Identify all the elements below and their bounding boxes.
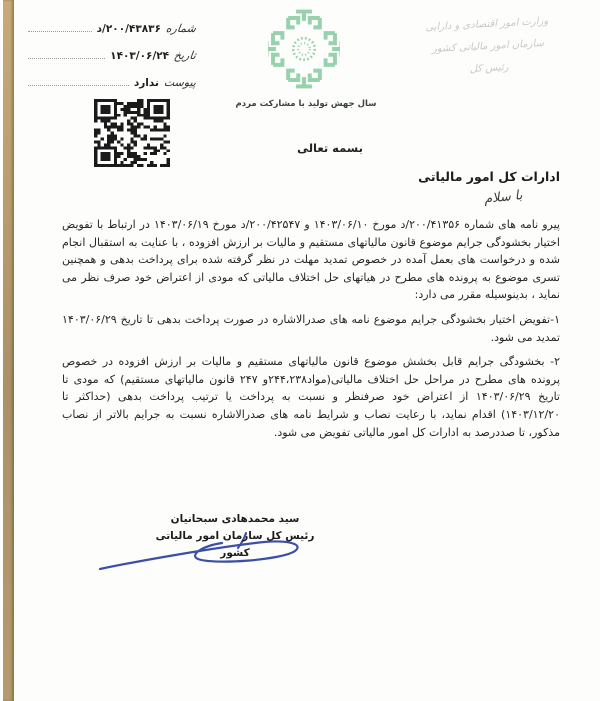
dotted-line (28, 74, 129, 86)
date-label: تاریخ (173, 49, 197, 62)
salutation-handwriting: با سلام (483, 188, 523, 207)
letter-attachment-row: پیوست ندارد (28, 74, 196, 101)
tax-administration-emblem-icon (268, 8, 340, 90)
letter-date-row: تاریخ ۱۴۰۳/۰۶/۲۴ (28, 47, 196, 74)
page-edge-strip (3, 0, 14, 701)
number-label: شماره (165, 22, 197, 35)
attachment-value: ندارد (134, 77, 159, 89)
signer-name: سید محمدهادی سبحانیان (146, 511, 324, 528)
letterhead-block: وزارت امور اقتصادی و دارایی سازمان امور … (396, 9, 579, 84)
year-slogan: سال جهش تولید با مشارکت مردم (216, 99, 396, 109)
besmele-heading: بسمه تعالی (60, 141, 600, 155)
letter-meta-block: شماره ۲۰۰/۴۳۸۳۶/د تاریخ ۱۴۰۳/۰۶/۲۴ پیوست… (28, 20, 196, 101)
qr-code-icon (94, 99, 170, 167)
scanned-letter-page: شماره ۲۰۰/۴۳۸۳۶/د تاریخ ۱۴۰۳/۰۶/۲۴ پیوست… (0, 0, 600, 701)
attachment-label: پیوست (163, 76, 197, 89)
body-paragraph: پیرو نامه های شماره ۲۰۰/۴۱۳۵۶/د مورخ ۱۴۰… (62, 216, 560, 304)
qr-code (94, 99, 170, 167)
body-item-1: ۱-تفویض اختیار بخشودگی جرایم موضوع نامه … (62, 311, 560, 346)
letter-number-row: شماره ۲۰۰/۴۳۸۳۶/د (28, 20, 196, 47)
number-value: ۲۰۰/۴۳۸۳۶/د (97, 23, 161, 35)
body-item-2: ۲- بخشودگی جرایم قابل بخشش موضوع قانون م… (62, 353, 560, 441)
recipient-heading: ادارات کل امور مالیاتی (418, 169, 560, 184)
dotted-line (28, 47, 105, 59)
signature-block: سید محمدهادی سبحانیان رئیس کل سازمان امو… (146, 511, 324, 562)
letter-body: پیرو نامه های شماره ۲۰۰/۴۱۳۵۶/د مورخ ۱۴۰… (62, 216, 560, 448)
date-value: ۱۴۰۳/۰۶/۲۴ (110, 50, 169, 62)
dotted-line (28, 20, 92, 32)
signer-title: رئیس کل سازمان امور مالیاتی کشور (146, 528, 324, 562)
